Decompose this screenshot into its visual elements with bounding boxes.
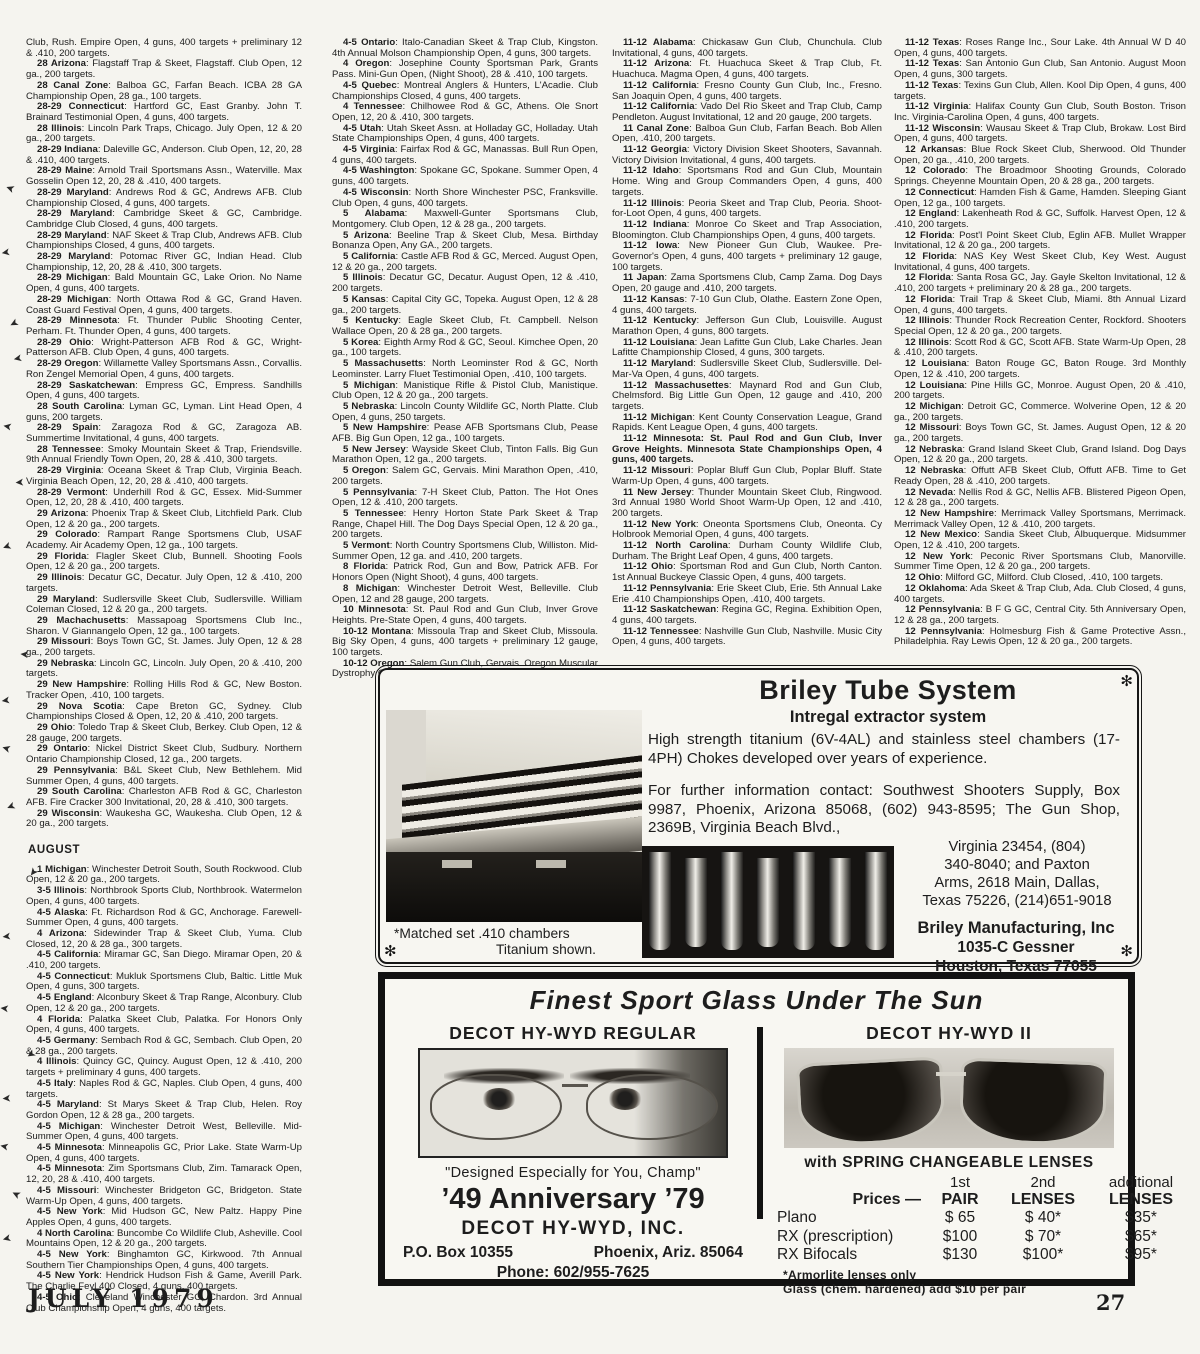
listing-entry: 5 Korea: Eighth Army Rod & GC, Seoul. Ki… (332, 338, 598, 359)
listing-entry: 28-29 Maine: Arnold Trail Sportsmans Ass… (26, 166, 302, 187)
listing-entry: 4 Illinois: Quincy GC, Quincy. August Op… (26, 1057, 302, 1078)
listing-entry: 5 New Hampshire: Pease AFB Sportsmans Cl… (332, 423, 598, 444)
decot-left-title: DECOT HY-WYD REGULAR (397, 1023, 749, 1044)
sunglasses-photo (784, 1048, 1114, 1148)
listing-entry: 3-5 Illinois: Northbrook Sports Club, No… (26, 886, 302, 907)
listing-entry: 12 Illinois: Thunder Rock Recreation Cen… (894, 316, 1186, 337)
magazine-page: { "page": { "footer_date": "JULY 1979", … (0, 0, 1200, 1354)
listing-entry: 4-5 Wisconsin: North Shore Winchester PS… (332, 188, 598, 209)
listing-entry: 5 Arizona: Beeline Trap & Skeet Club, Me… (332, 231, 598, 252)
price-cell-second: $ 40* (995, 1209, 1091, 1228)
listing-entry: 10 Minnesota: St. Paul Rod and Gun Club,… (332, 605, 598, 626)
listing-entry: 29 Pennsylvania: B&L Skeet Club, New Bet… (26, 766, 302, 787)
listing-entry: 11-12 Louisiana: Jean Lafitte Gun Club, … (612, 338, 882, 359)
listing-entry: 5 Kansas: Capital City GC, Topeka. Augus… (332, 295, 598, 316)
listing-entry: 28 Arizona: Flagstaff Trap & Skeet, Flag… (26, 59, 302, 80)
listing-entry: 5 Illinois: Decatur GC, Decatur. August … (332, 273, 598, 294)
briley-contact-continued: Virginia 23454, (804) 340-8040; and Paxt… (908, 838, 1126, 910)
listing-entry: 11 New Jersey: Thunder Mountain Skeet Cl… (612, 488, 882, 520)
listing-entry: 11-12 Virginia: Halifax County Gun Club,… (894, 102, 1186, 123)
listing-entry: 12 Michigan: Detroit GC, Commerce. Wolve… (894, 402, 1186, 423)
margin-mark-icon: ➤ (2, 1092, 12, 1104)
listing-entry: 12 Nebraska: Grand Island Skeet Club, Gr… (894, 445, 1186, 466)
briley-gun-case-photo (386, 710, 642, 922)
listing-entry: 11-12 Missouri: Poplar Bluff Gun Club, P… (612, 466, 882, 487)
listing-entry: 11-12 Ohio: Sportsman Rod and Gun Club, … (612, 562, 882, 583)
footer-date: JULY 1979 (28, 1284, 219, 1313)
price-cell-label: Plano (775, 1209, 925, 1228)
listing-entry: 4-5 Minnesota: Zim Sportsmans Club, Zim.… (26, 1164, 302, 1185)
listing-entry: 29 Machachusetts: Massapoag Sportsmens C… (26, 616, 302, 637)
listing-entry: 11-12 Massachusettes: Maynard Rod and Gu… (612, 381, 882, 413)
listing-entry: 12 Florida: Post'l Point Skeet Club, Egl… (894, 231, 1186, 252)
price-table: Plano$ 65$ 40*$35*RX (prescription)$100$… (775, 1209, 1123, 1265)
listing-entry: 29 Ontario: Nickel District Skeet Club, … (26, 744, 302, 765)
listing-entry: 28-29 Maryland: Potomac River GC, Indian… (26, 252, 302, 273)
listing-entry: 4 Florida: Palatka Skeet Club, Palatka. … (26, 1015, 302, 1036)
price-cell-additional: $65* (1091, 1228, 1191, 1247)
decot-right-panel: DECOT HY-WYD II with SPRING CHANGEABLE L… (775, 1021, 1123, 1297)
listing-entry: 4-5 Alaska: Ft. Richardson Rod & GC, Anc… (26, 908, 302, 929)
listing-entry: 11-12 California: Fresno County Gun Club… (612, 81, 882, 102)
price-header-row: 1st 2nd additional (775, 1174, 1123, 1191)
listing-entry: 12 Louisiana: Baton Rouge GC, Baton Roug… (894, 359, 1186, 380)
price-cell-pair: $100 (925, 1228, 995, 1247)
listing-entry: 12 Arkansas: Blue Rock Skeet Club, Sherw… (894, 145, 1186, 166)
listing-entry: 28-29 Saskatchewan: Empress GC, Empress.… (26, 381, 302, 402)
listing-entry: 29 New Hampshire: Rolling Hills Rod & GC… (26, 680, 302, 701)
listing-entry: 28-29 Ohio: Wright-Patterson AFB Rod & G… (26, 338, 302, 359)
listing-entry: 29 Arizona: Phoenix Trap & Skeet Club, L… (26, 509, 302, 530)
listing-entry: 11-12 Iowa: New Pioneer Gun Club, Waukee… (612, 241, 882, 273)
listing-entry: 28-29 Connecticut: Hartford GC, East Gra… (26, 102, 302, 123)
listing-entry: 4-5 Minnesota: Minneapolis GC, Prior Lak… (26, 1143, 302, 1164)
price-note: Glass (chem. hardened) add $10 per pair (783, 1282, 1123, 1297)
price-cell-additional: $95* (1091, 1246, 1191, 1265)
briley-ad-subtitle: Intregal extractor system (648, 708, 1128, 727)
listing-entry: 11-12 Michigan: Kent County Conservation… (612, 413, 882, 434)
listing-entry: 4 Tennessee: Chilhowee Rod & GC, Athens.… (332, 102, 598, 123)
decot-divider (757, 1027, 763, 1219)
listing-entry: 12 England: Lakenheath Rod & GC, Suffolk… (894, 209, 1186, 230)
margin-mark-icon: ➤ (7, 315, 20, 329)
listing-column-2: 4-5 Ontario: Italo-Canadian Skeet & Trap… (332, 38, 598, 680)
caption-line: Titanium shown. (394, 942, 638, 958)
listing-entry: 4-5 Maryland: St Marys Skeet & Trap Club… (26, 1100, 302, 1121)
decot-phone: Phone: 602/955-7625 (397, 1264, 749, 1282)
listing-entry: 11-12 Texas: San Antonio Gun Club, San A… (894, 59, 1186, 80)
briley-photo-caption: *Matched set .410 chambers Titanium show… (394, 926, 638, 957)
listing-entry: 12 Florida: Trail Trap & Skeet Club, Mia… (894, 295, 1186, 316)
listing-entry: 11-12 Idaho: Sportsmans Rod and Gun Club… (612, 166, 882, 198)
listing-entry: 4-5 England: Alconbury Skeet & Trap Rang… (26, 993, 302, 1014)
decot-address: P.O. Box 10355 Phoenix, Ariz. 85064 (397, 1244, 749, 1262)
decot-anniversary: ’49 Anniversary ’79 (397, 1183, 749, 1216)
decot-left-panel: DECOT HY-WYD REGULAR "Designed Especiall… (397, 1021, 749, 1282)
margin-mark-icon: ➤ (0, 1139, 10, 1152)
listing-entry: 28 South Carolina: Lyman GC, Lyman. Lint… (26, 402, 302, 423)
listing-entry: 12 Illinois: Scott Rod & GC, Scott AFB. … (894, 338, 1186, 359)
listing-entry: 4-5 Quebec: Montreal Anglers & Hunters, … (332, 81, 598, 102)
decot-quote: "Designed Especially for You, Champ" (397, 1165, 749, 1181)
listing-entry: 5 Tennessee: Henry Horton State Park Ske… (332, 509, 598, 541)
margin-mark-icon: ➤ (12, 351, 23, 364)
price-note: *Armorlite lenses only (783, 1268, 1123, 1283)
listing-entry: 12 Pennsylvania: B F G GC, Central City.… (894, 605, 1186, 626)
listing-entry: 4-5 Utah: Utah Skeet Assn. at Holladay G… (332, 124, 598, 145)
page-number: 27 (1096, 1290, 1125, 1315)
listing-entry: 11-12 Minnesota: St. Paul Rod and Gun Cl… (612, 434, 882, 466)
listing-entry: 4 Arizona: Sidewinder Trap & Skeet Club,… (26, 929, 302, 950)
month-header: AUGUST (28, 845, 302, 856)
price-cell-label: RX Bifocals (775, 1246, 925, 1265)
briley-ad-title: Briley Tube System (648, 675, 1128, 706)
listing-entry: 12 Oklahoma: Ada Skeet & Trap Club, Ada.… (894, 584, 1186, 605)
briley-contact-text: For further information contact: Southwe… (648, 782, 1120, 838)
listing-entry: 12 Missouri: Boys Town GC, St. James. Au… (894, 423, 1186, 444)
listing-entry: 11-12 Indiana: Monroe Co Skeet and Trap … (612, 220, 882, 241)
listing-entry: 28-29 Maryland: Cambridge Skeet & GC, Ca… (26, 209, 302, 230)
listing-entry: Club, Rush. Empire Open, 4 guns, 400 tar… (26, 38, 302, 59)
listing-column-3: 11-12 Alabama: Chickasaw Gun Club, Chunc… (612, 38, 882, 648)
listing-entry: 28-29 Maryland: Andrews Rod & GC, Andrew… (26, 188, 302, 209)
listing-entry: 29 Colorado: Rampart Range Sportsmens Cl… (26, 530, 302, 551)
listing-entry: 11-12 Maryland: Sudlersville Skeet Club,… (612, 359, 882, 380)
listing-entry: 4-5 New York: Binghamton GC, Kirkwood. 7… (26, 1250, 302, 1271)
listing-entry: 28-29 Michigan: North Ottawa Rod & GC, G… (26, 295, 302, 316)
decot-city: Phoenix, Ariz. 85064 (594, 1244, 743, 1262)
listing-entry: 29 Nova Scotia: Cape Breton GC, Sydney. … (26, 702, 302, 723)
margin-mark-icon: ➤ (4, 799, 17, 813)
margin-mark-icon: ➤ (15, 476, 25, 488)
listing-entry: 5 Nebraska: Lincoln County Wildlife GC, … (332, 402, 598, 423)
decot-po-box: P.O. Box 10355 (403, 1244, 513, 1262)
margin-mark-icon: ➤ (1, 741, 13, 754)
listing-entry: 5 New Jersey: Wayside Skeet Club, Tinton… (332, 445, 598, 466)
listing-entry: 28 Canal Zone: Balboa GC, Farfan Beach. … (26, 81, 302, 102)
listing-entry: 11-12 Kentucky: Jefferson Gun Club, Loui… (612, 316, 882, 337)
listing-entry: 4-5 Germany: Sembach Rod & GC, Sembach. … (26, 1036, 302, 1057)
listing-entry: 11 Japan: Zama Sportsmens Club, Camp Zam… (612, 273, 882, 294)
listing-entry: 11-12 Saskatchewan: Regina GC, Regina. E… (612, 605, 882, 626)
listing-entry: 5 Massachusetts: North Leominster Rod & … (332, 359, 598, 380)
listing-entry: 1 Michigan: Winchester Detroit South, So… (26, 865, 302, 886)
listing-entry: 28-29 Oregon: Willamette Valley Sportsma… (26, 359, 302, 380)
listing-entry: 29 Ohio: Toledo Trap & Skeet Club, Berke… (26, 723, 302, 744)
listing-entry: 12 Colorado: The Broadmoor Shooting Grou… (894, 166, 1186, 187)
listing-entry: 12 New Mexico: Sandia Skeet Club, Albuqu… (894, 530, 1186, 551)
listing-entry: 12 Florida: Santa Rosa GC, Jay. Gayle Sk… (894, 273, 1186, 294)
listing-entry: 11-12 Alabama: Chickasaw Gun Club, Chunc… (612, 38, 882, 59)
listing-entry: 11-12 Georgia: Victory Division Skeet Sh… (612, 145, 882, 166)
listing-entry: 4-5 New York: Mid Hudson GC, New Paltz. … (26, 1207, 302, 1228)
listing-entry: 29 Nebraska: Lincoln GC, Lincoln. July O… (26, 659, 302, 680)
price-cell-second: $100* (995, 1246, 1091, 1265)
listing-entry: 29 Wisconsin: Waukesha GC, Waukesha. Clu… (26, 809, 302, 830)
price-cell-pair: $ 65 (925, 1209, 995, 1228)
listing-entry: 4-5 Ontario: Italo-Canadian Skeet & Trap… (332, 38, 598, 59)
listing-entry: 5 Kentucky: Eagle Skeet Club, Ft. Campbe… (332, 316, 598, 337)
listing-entry: 12 Nebraska: Offutt AFB Skeet Club, Offu… (894, 466, 1186, 487)
price-header-row: Prices — PAIR LENSES LENSES (775, 1191, 1123, 1209)
price-cell-pair: $130 (925, 1246, 995, 1265)
listing-entry: 4 Oregon: Josephine County Sportsman Par… (332, 59, 598, 80)
listing-entry: 10-12 Montana: Missoula Trap and Skeet C… (332, 627, 598, 659)
listing-entry: 11-12 Arizona: Ft. Huachuca Skeet & Trap… (612, 59, 882, 80)
price-cell-additional: $35* (1091, 1209, 1191, 1228)
listing-entry: 28-29 Virginia: Oceana Skeet & Trap Club… (26, 466, 302, 487)
price-cell-label: RX (prescription) (775, 1228, 925, 1247)
listing-column-1: Club, Rush. Empire Open, 4 guns, 400 tar… (26, 38, 302, 1314)
listing-entry: 4-5 Virginia: Fairfax Rod & GC, Manassas… (332, 145, 598, 166)
listing-entry: 28-29 Minnesota: Ft. Thunder Public Shoo… (26, 316, 302, 337)
listing-entry: 4-5 California: Miramar GC, San Diego. M… (26, 950, 302, 971)
listing-entry: 4-5 Missouri: Winchester Bridgeton GC, B… (26, 1186, 302, 1207)
listing-entry: 12 Pennsylvania: Holmesburg Fish & Game … (894, 627, 1186, 648)
margin-mark-icon: ➤ (4, 181, 16, 194)
listing-entry: 5 Vermont: North Country Sportsmens Club… (332, 541, 598, 562)
listing-column-4: 11-12 Texas: Roses Range Inc., Sour Lake… (894, 38, 1186, 648)
listing-entry: 11-12 California: Vado Del Rio Skeet and… (612, 102, 882, 123)
listing-entry: 28-29 Spain: Zaragoza Rod & GC, Zaragoza… (26, 423, 302, 444)
listing-entry: 11-12 Wisconsin: Wausau Skeet & Trap Clu… (894, 124, 1186, 145)
listing-entry: 4-5 Washington: Spokane GC, Spokane. Sum… (332, 166, 598, 187)
listing-entry: 5 Alabama: Maxwell-Gunter Sportsmans Clu… (332, 209, 598, 230)
listing-entry: 4-5 Michigan: Winchester Detroit West, B… (26, 1122, 302, 1143)
listing-entry: 11-12 Tennessee: Nashville Gun Club, Nas… (612, 627, 882, 648)
listing-entry: 28-29 Indiana: Daleville GC, Anderson. C… (26, 145, 302, 166)
listing-entry: 29 Missouri: Boys Town GC, St. James. Ju… (26, 637, 302, 658)
briley-ad: ✻ ✻ ✻ *Matched set .410 chambers Titaniu… (378, 668, 1139, 964)
listing-entry: 12 Louisiana: Pine Hills GC, Monroe. Aug… (894, 381, 1186, 402)
listing-entry: 5 California: Castle AFB Rod & GC, Merce… (332, 252, 598, 273)
caption-line: *Matched set .410 chambers (394, 926, 638, 942)
listing-entry: 5 Oregon: Salem GC, Gervais. Mini Marath… (332, 466, 598, 487)
margin-mark-icon: ➤ (0, 1002, 10, 1014)
listing-entry: 29 Maryland: Sudlersville Skeet Club, Su… (26, 595, 302, 616)
listing-entry: 5 Pennsylvania: 7-H Skeet Club, Patton. … (332, 488, 598, 509)
shooter-eyes-photo (418, 1048, 728, 1158)
listing-entry: 11-12 Kansas: 7-10 Gun Club, Olathe. Eas… (612, 295, 882, 316)
listing-entry: 11 Canal Zone: Balboa Gun Club, Farfan B… (612, 124, 882, 145)
listing-entry: 12 Florida: NAS Key West Skeet Club, Key… (894, 252, 1186, 273)
listing-entry: 4-5 Connecticut: Mukluk Sportsmens Club,… (26, 972, 302, 993)
decot-headline: Finest Sport Glass Under The Sun (385, 985, 1128, 1016)
listing-entry: 28-29 Michigan: Bald Mountain GC, Lake O… (26, 273, 302, 294)
margin-mark-icon: ➤ (10, 1187, 23, 1201)
listing-entry: 28 Tennessee: Smoky Mountain Skeet & Tra… (26, 445, 302, 466)
price-notes: *Armorlite lenses onlyGlass (chem. harde… (775, 1268, 1123, 1297)
listing-entry: 4 North Carolina: Buncombe Co Wildlife C… (26, 1229, 302, 1250)
listing-entry: 11-12 Texas: Roses Range Inc., Sour Lake… (894, 38, 1186, 59)
margin-mark-icon: ➤ (1, 1231, 13, 1244)
listing-entry: 12 New York: Peconic River Sportsmans Cl… (894, 552, 1186, 573)
margin-mark-icon: ➤ (2, 419, 13, 431)
listing-entry: 11-12 North Carolina: Durham County Wild… (612, 541, 882, 562)
listing-entry: 11-12 Pennsylvania: Erie Skeet Club, Eri… (612, 584, 882, 605)
briley-body-text: High strength titanium (6V-4AL) and stai… (648, 731, 1120, 768)
listing-entry: 29 Florida: Flagler Skeet Club, Bunnell.… (26, 552, 302, 573)
listing-entry: 8 Michigan: Winchester Detroit West, Bel… (332, 584, 598, 605)
price-cell-second: $ 70* (995, 1228, 1091, 1247)
margin-mark-icon: ➤ (0, 245, 11, 257)
listing-entry: 29 South Carolina: Charleston AFB Rod & … (26, 787, 302, 808)
listing-entry: 11-12 Texas: Texins Gun Club, Allen. Koo… (894, 81, 1186, 102)
listing-entry: 5 Michigan: Manistique Rifle & Pistol Cl… (332, 381, 598, 402)
listing-entry: 11-12 New York: Oneonta Sportsmens Club,… (612, 520, 882, 541)
listing-entry: 12 Connecticut: Hamden Fish & Game, Hamd… (894, 188, 1186, 209)
listing-entry: 28-29 Maryland: NAF Skeet & Trap Club, A… (26, 231, 302, 252)
listing-entry: 4-5 Italy: Naples Rod & GC, Naples. Club… (26, 1079, 302, 1100)
listing-entry: 11-12 Illinois: Peoria Skeet and Trap Cl… (612, 199, 882, 220)
listing-entry: 12 New Hampshire: Merrimack Valley Sport… (894, 509, 1186, 530)
margin-mark-icon: ➤ (0, 693, 11, 705)
margin-mark-icon: ➤ (1, 930, 11, 942)
listing-entry: 29 Illinois: Decatur GC, Decatur. July O… (26, 573, 302, 594)
margin-mark-icon: ➤ (0, 539, 12, 552)
decot-right-title: DECOT HY-WYD II (775, 1023, 1123, 1044)
listing-entry: 12 Nevada: Nellis Rod & GC, Nellis AFB. … (894, 488, 1186, 509)
listing-entry: 28 Illinois: Lincoln Park Traps, Chicago… (26, 124, 302, 145)
decot-ad: Finest Sport Glass Under The Sun DECOT H… (378, 972, 1135, 1286)
briley-text-column: Briley Tube System Intregal extractor sy… (648, 675, 1128, 1014)
briley-company-name: Briley Manufacturing, Inc (904, 919, 1128, 938)
decot-company: DECOT HY-WYD, INC. (397, 1218, 749, 1240)
listing-entry: 8 Florida: Patrick Rod, Gun and Bow, Pat… (332, 562, 598, 583)
listing-entry: 28-29 Vermont: Underhill Rod & GC, Essex… (26, 488, 302, 509)
decot-spring-line: with SPRING CHANGEABLE LENSES (775, 1154, 1123, 1172)
